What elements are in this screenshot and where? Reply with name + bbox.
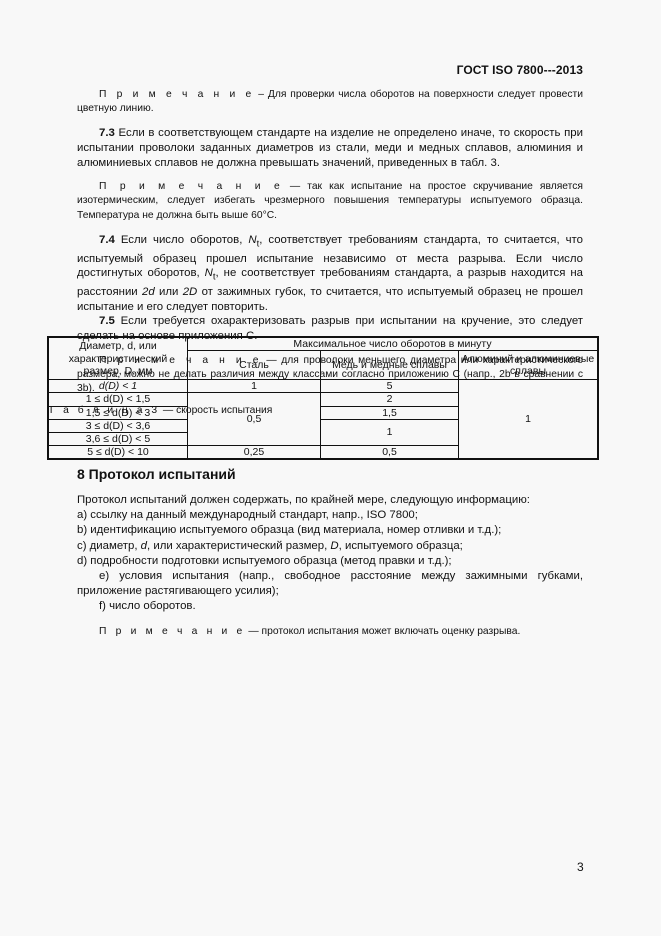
cell-range: 1,5 ≤ d(D) < 3	[48, 406, 188, 419]
section-8-body: Протокол испытаний должен содержать, по …	[77, 493, 583, 639]
clause-7-3: 7.3 Если в соответствующем стандарте на …	[77, 126, 583, 170]
note-label: П р и м е ч а н и е	[99, 181, 283, 192]
cell-copper: 2	[321, 393, 459, 406]
cell-range: 3,6 ≤ d(D) < 5	[48, 433, 188, 446]
header-copper: Медь и медные сплавы	[321, 351, 459, 380]
header-aluminium: Алюминий и алюминиевые сплавы	[459, 351, 599, 380]
cell-steel: 0,25	[188, 446, 321, 460]
table-header-row: Диаметр, d, или характеристический разме…	[48, 337, 598, 351]
note-color-line: П р и м е ч а н и е – Для проверки числа…	[77, 88, 583, 116]
section-8-title: 8 Протокол испытаний	[77, 466, 236, 482]
page-number: 3	[577, 860, 584, 874]
protocol-item-f: f) число оборотов.	[77, 599, 583, 614]
cell-range: 1 ≤ d(D) < 1,5	[48, 393, 188, 406]
header-diameter: Диаметр, d, или характеристический разме…	[48, 337, 188, 380]
cell-range: 5 ≤ d(D) < 10	[48, 446, 188, 460]
cell-copper: 5	[321, 380, 459, 393]
cell-steel: 1	[188, 380, 321, 393]
test-speed-table: Диаметр, d, или характеристический разме…	[47, 336, 599, 460]
protocol-intro: Протокол испытаний должен содержать, по …	[77, 493, 583, 508]
cell-copper: 0,5	[321, 446, 459, 460]
note-label: П р и м е ч а н и е	[99, 626, 246, 637]
header-max-rpm: Максимальное число оборотов в минуту	[188, 337, 599, 351]
header-steel: Сталь	[188, 351, 321, 380]
cell-aluminium: 1	[459, 380, 599, 460]
cell-range: d(D) < 1	[48, 380, 188, 393]
clause-7-4: 7.4 Если число оборотов, Nt, соответству…	[77, 233, 583, 315]
note-label: П р и м е ч а н и е	[99, 89, 254, 100]
protocol-item-c: c) диаметр, d, или характеристический ра…	[77, 539, 583, 554]
cell-copper: 1	[321, 419, 459, 445]
protocol-item-d: d) подробности подготовки испытуемого об…	[77, 554, 583, 569]
table-row: d(D) < 1 1 5 1	[48, 380, 598, 393]
protocol-item-e: e) условия испытания (напр., свободное р…	[77, 569, 583, 599]
cell-range: 3 ≤ d(D) < 3,6	[48, 419, 188, 432]
protocol-item-a: a) ссылку на данный международный станда…	[77, 508, 583, 523]
protocol-note: П р и м е ч а н и е — протокол испытания…	[77, 625, 583, 639]
cell-copper: 1,5	[321, 406, 459, 419]
note-isothermal: П р и м е ч а н и е — так как испытание …	[77, 180, 583, 223]
document-standard-id: ГОСТ ISO 7800---2013	[457, 63, 583, 77]
cell-steel: 0,5	[188, 393, 321, 446]
protocol-item-b: b) идентификацию испытуемого образца (ви…	[77, 523, 583, 538]
